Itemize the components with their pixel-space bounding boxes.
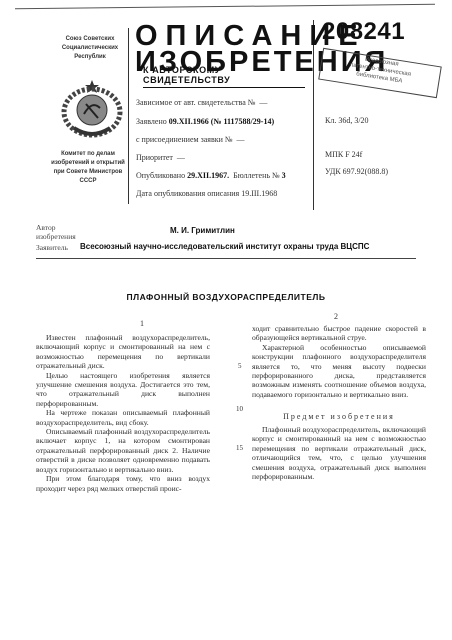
document-title: ПЛАФОННЫЙ ВОЗДУХОРАСПРЕДЕЛИТЕЛЬ <box>0 292 452 302</box>
dependent-row: Зависимое от авт. свидетельства № — <box>136 98 267 107</box>
priority-value: — <box>177 153 185 162</box>
dependent-value: — <box>259 98 267 107</box>
claim-paragraph: Плафонный воздухораспределитель, включаю… <box>252 425 426 481</box>
published-value: 29.XII.1967. <box>187 171 229 180</box>
line-number: 5 <box>238 362 242 370</box>
country-name: Союз Советских Социалистических Республи… <box>50 35 130 62</box>
dependent-label: Зависимое от авт. свидетельства № <box>136 98 255 107</box>
mpk-code: МПК F 24f <box>325 150 362 159</box>
paragraph: Описываемый плафонный воздухораспределит… <box>36 427 210 474</box>
applicant-name: Всесоюзный научно-исследовательский инст… <box>80 242 369 251</box>
priority-label: Приоритет <box>136 153 173 162</box>
title-certificate: К АВТОРСКОМУ СВИДЕТЕЛЬСТВУ <box>143 65 305 88</box>
paragraph: Характерной особенностью описываемой кон… <box>252 343 426 399</box>
committee-line: изобретений и открытий <box>38 159 138 168</box>
class-code: Кл. 36d, 3/20 <box>325 116 369 125</box>
committee-name: Комитет по делам изобретений и открытий … <box>38 150 138 186</box>
description-pub-value: 19.III.1968 <box>241 189 277 198</box>
committee-line: Комитет по делам <box>38 150 138 159</box>
author-name: М. И. Гримитлин <box>170 226 235 235</box>
country-line: Социалистических <box>50 44 130 53</box>
section-rule <box>36 258 416 259</box>
published-row: Опубликовано 29.XII.1967. Бюллетень № 3 <box>136 171 286 180</box>
bulletin-value: 3 <box>282 171 286 180</box>
filed-label: Заявлено <box>136 117 167 126</box>
claims-text: Плафонный воздухораспределитель, включаю… <box>252 425 426 481</box>
author-label: Автор изобретения <box>36 223 76 241</box>
column-number-2: 2 <box>334 312 338 321</box>
filed-value: 09.XII.1966 (№ 1117588/29-14) <box>169 117 274 126</box>
applicant-label: Заявитель <box>36 243 68 252</box>
line-number: 10 <box>236 405 243 413</box>
joined-value: — <box>237 135 245 144</box>
claims-heading: Предмет изобретения <box>252 412 426 421</box>
paragraph: Известен плафонный воздухораспределитель… <box>36 333 210 371</box>
patent-number: 208241 <box>322 18 405 46</box>
line-number: 15 <box>236 444 243 452</box>
author-label-line: изобретения <box>36 232 76 241</box>
description-pub-label: Дата опубликования описания <box>136 189 239 198</box>
priority-row: Приоритет — <box>136 153 185 162</box>
committee-line: при Совете Министров <box>38 168 138 177</box>
state-emblem-icon <box>60 78 124 138</box>
country-line: Республик <box>50 53 130 62</box>
column-number-1: 1 <box>140 319 144 328</box>
divider-vertical-left <box>128 28 129 204</box>
udk-code: УДК 697.92(088.8) <box>325 167 388 176</box>
country-line: Союз Советских <box>50 35 130 44</box>
paragraph: На чертеже показан описываемый плафонный… <box>36 408 210 427</box>
text-column-1: Известен плафонный воздухораспределитель… <box>36 333 210 493</box>
text-column-2: ходит сравнительно быстрое падение скоро… <box>252 324 426 399</box>
joined-row: с присоединением заявки № — <box>136 135 245 144</box>
bulletin-label: Бюллетень № <box>233 171 280 180</box>
filed-row: Заявлено 09.XII.1966 (№ 1117588/29-14) <box>136 117 274 126</box>
committee-line: СССР <box>38 177 138 186</box>
paragraph: ходит сравнительно быстрое падение скоро… <box>252 324 426 343</box>
published-label: Опубликовано <box>136 171 185 180</box>
paragraph: Целью настоящего изобретения является ул… <box>36 371 210 409</box>
paragraph: При этом благодаря тому, что вниз воздух… <box>36 474 210 493</box>
author-label-line: Автор <box>36 223 76 232</box>
joined-label: с присоединением заявки № <box>136 135 233 144</box>
top-rule <box>15 4 435 9</box>
description-pub-row: Дата опубликования описания 19.III.1968 <box>136 189 277 198</box>
